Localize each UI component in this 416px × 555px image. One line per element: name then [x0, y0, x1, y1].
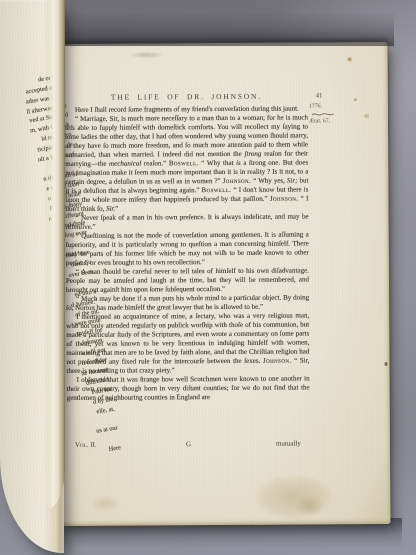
foxing-spot: [348, 57, 352, 61]
signature-mark: G: [186, 440, 191, 448]
paper-stain: [254, 474, 332, 518]
catchword: mutually: [276, 440, 301, 448]
foxing-spot: [384, 362, 387, 366]
margin-aetat: Ætat. 67.: [309, 118, 330, 124]
margin-year: 1776.: [309, 103, 322, 109]
foxing-spot: [364, 114, 369, 118]
running-header: THE LIFE OF DR. JOHNSON.: [65, 91, 308, 101]
foxing-spot: [354, 98, 357, 101]
paper-stain: [90, 496, 120, 512]
flourish-underline-icon: [311, 111, 335, 117]
paper-stain: [294, 494, 324, 516]
left-page-paper: N. de or Sonaccepted of theather was in …: [0, 0, 64, 553]
page-number: 41: [316, 92, 323, 99]
paper-smudge: [130, 51, 164, 58]
paragraph: “ Marriage, Sir, is much more neceſſary …: [65, 113, 309, 213]
book-photo: THE LIFE OF DR. JOHNSON. 41 1776. Ætat. …: [0, 0, 416, 555]
book-cast-shadow-top: [44, 12, 394, 46]
margin-note: 1776. Ætat. 67.: [309, 103, 349, 124]
left-page: N. de or Sonaccepted of theather was in …: [0, 0, 64, 555]
fore-edge: [47, 0, 65, 509]
paragraph: “ Never ſpeak of a man in his own preſen…: [66, 212, 309, 231]
